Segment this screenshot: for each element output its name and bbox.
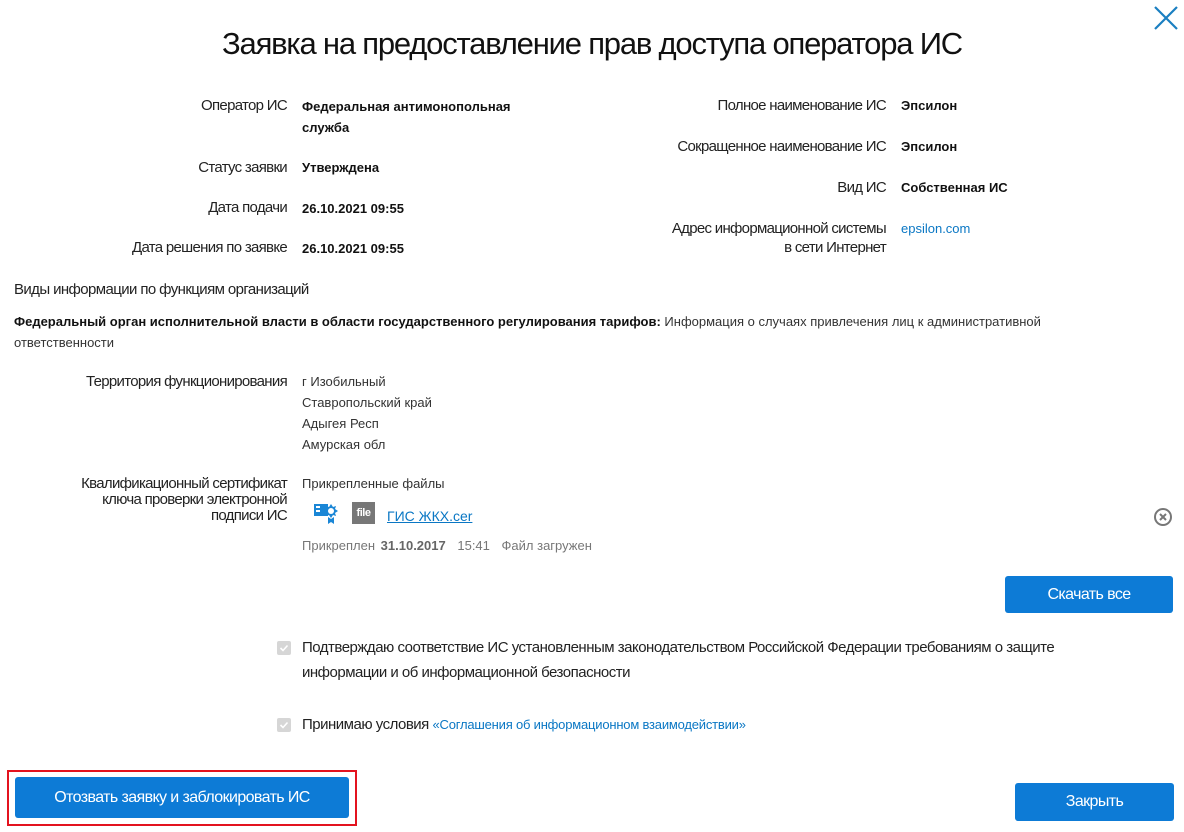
dialog-title: Заявка на предоставление прав доступа оп… [0, 26, 1184, 62]
confirm-compliance-checkbox[interactable] [277, 641, 291, 655]
certificate-label-line1: Квалификационный сертификат [20, 476, 287, 492]
remove-file-icon[interactable] [1153, 507, 1173, 527]
certificate-label-line3: подписи ИС [20, 508, 287, 524]
operator-label: Оператор ИС [90, 96, 287, 115]
operator-value-line2: служба [302, 117, 511, 138]
operator-value: Федеральная антимонопольная служба [302, 96, 511, 138]
operator-value-line1: Федеральная антимонопольная [302, 96, 511, 117]
file-status: Файл загружен [502, 538, 592, 553]
file-row: file ГИС ЖКХ.cer [314, 502, 472, 524]
confirm-compliance-line2: информации и об информационной безопасно… [302, 660, 1054, 685]
address-label-line1: Адрес информационной системы [600, 219, 886, 238]
confirm-compliance-line1: Подтверждаю соответствие ИС установленны… [302, 635, 1054, 660]
confirm-compliance-text: Подтверждаю соответствие ИС установленны… [302, 635, 1054, 685]
accept-terms-checkbox[interactable] [277, 718, 291, 732]
full-name-label: Полное наименование ИС [600, 96, 886, 115]
file-name-link[interactable]: ГИС ЖКХ.cer [387, 508, 472, 524]
territory-item: Амурская обл [302, 434, 432, 455]
territory-item: Ставропольский край [302, 392, 432, 413]
status-label: Статус заявки [90, 158, 287, 177]
revoke-and-block-button[interactable]: Отозвать заявку и заблокировать ИС [15, 777, 349, 818]
info-types-entry: Федеральный орган исполнительной власти … [14, 311, 1134, 353]
attached-date: 31.10.2017 [381, 538, 446, 553]
info-org: Федеральный орган исполнительной власти … [14, 314, 661, 329]
checkmark-icon [279, 720, 289, 730]
certificate-label: Квалификационный сертификат ключа провер… [20, 476, 287, 524]
address-label: Адрес информационной системы в сети Инте… [600, 219, 886, 257]
is-type-label: Вид ИС [600, 178, 886, 197]
download-all-button[interactable]: Скачать все [1005, 576, 1173, 613]
territory-list: г Изобильный Ставропольский край Адыгея … [302, 371, 432, 455]
accept-terms-label: Принимаю условия [302, 716, 429, 733]
certificate-label-line2: ключа проверки электронной [20, 492, 287, 508]
territory-item: Адыгея Респ [302, 413, 432, 434]
short-name-label: Сокращенное наименование ИС [600, 137, 886, 156]
attached-label-text: Прикреплен [302, 538, 375, 553]
full-name-value: Эпсилон [901, 95, 957, 116]
info-types-heading: Виды информации по функциям организаций [14, 281, 309, 298]
agreement-link[interactable]: «Соглашения об информационном взаимодейс… [432, 717, 745, 732]
territory-label: Территория функционирования [40, 372, 287, 391]
decision-date-label: Дата решения по заявке [60, 238, 287, 257]
attached-label: Прикреплен 31.10.2017 [302, 538, 446, 553]
checkmark-icon [279, 643, 289, 653]
is-type-value: Собственная ИС [901, 177, 1008, 198]
file-meta: Прикреплен 31.10.2017 15:41 Файл загруже… [302, 538, 600, 553]
territory-item: г Изобильный [302, 371, 432, 392]
short-name-value: Эпсилон [901, 136, 957, 157]
certificate-icon [314, 502, 338, 524]
file-type-icon: file [352, 502, 375, 524]
submit-date-value: 26.10.2021 09:55 [302, 198, 404, 219]
accept-terms-text: Принимаю условия «Соглашения об информац… [302, 712, 746, 737]
address-label-line2: в сети Интернет [600, 238, 886, 257]
address-link[interactable]: epsilon.com [901, 218, 970, 239]
status-value: Утверждена [302, 157, 379, 178]
close-button[interactable]: Закрыть [1015, 783, 1174, 821]
attached-time: 15:41 [457, 538, 490, 553]
submit-date-label: Дата подачи [90, 198, 287, 217]
attached-files-title: Прикрепленные файлы [302, 476, 445, 491]
decision-date-value: 26.10.2021 09:55 [302, 238, 404, 259]
